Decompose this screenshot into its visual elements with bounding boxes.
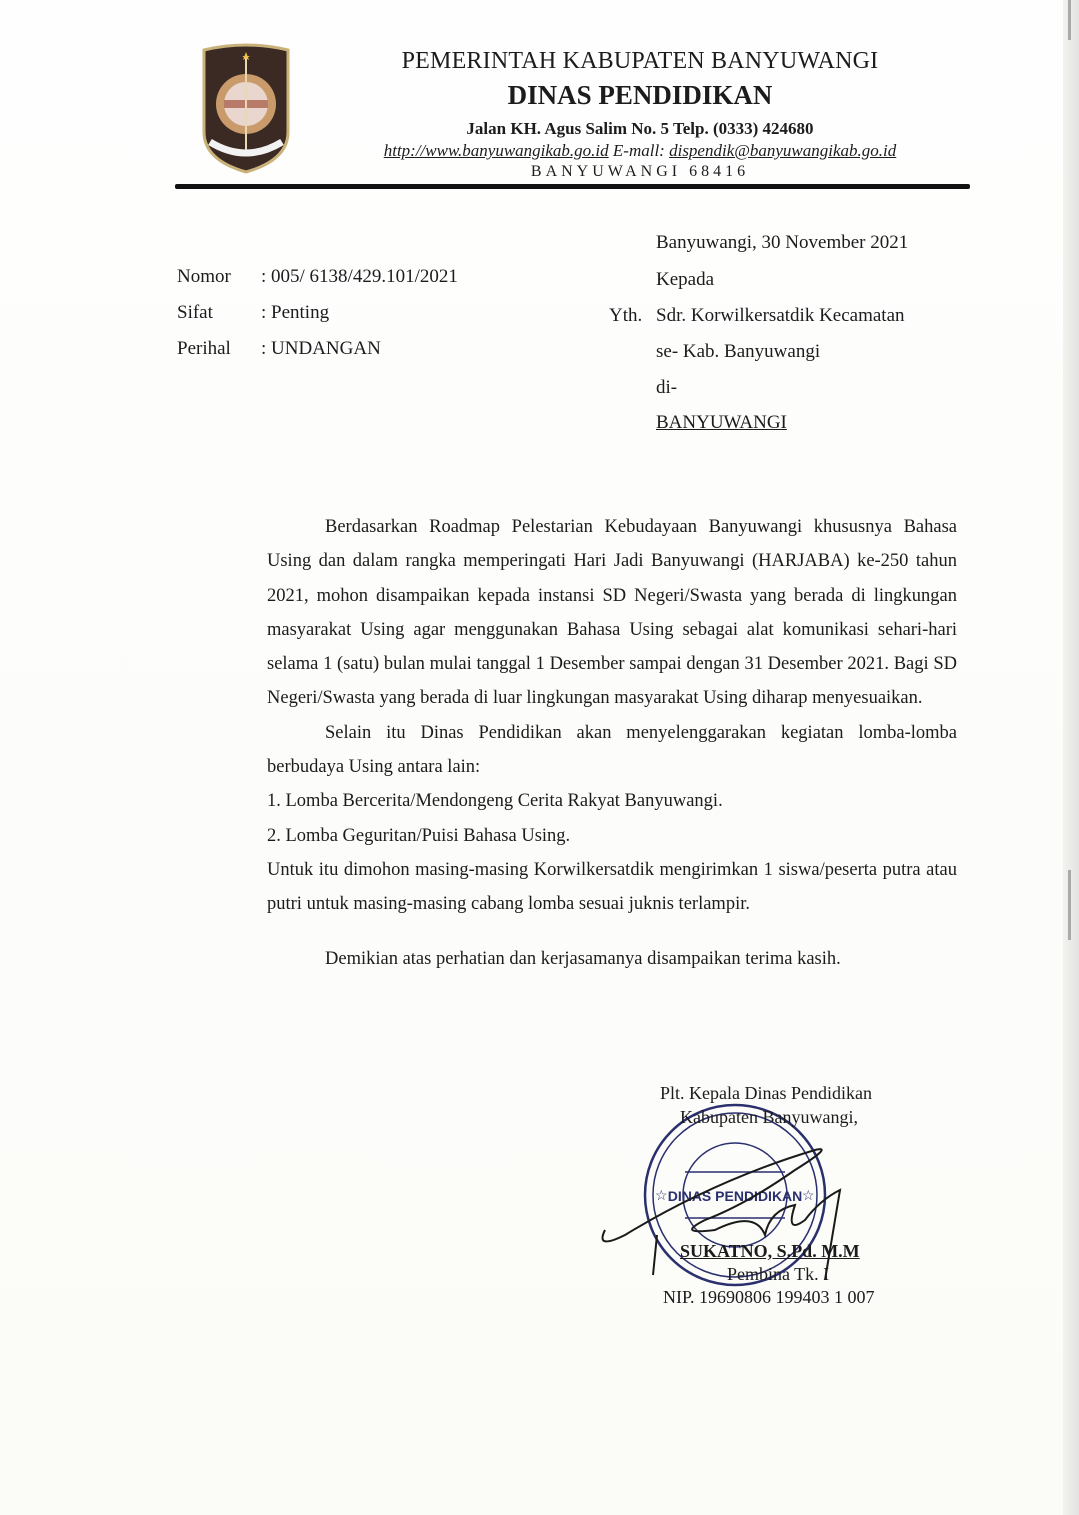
agency-address: Jalan KH. Agus Salim No. 5 Telp. (0333) … — [300, 119, 980, 139]
paragraph-1: Berdasarkan Roadmap Pelestarian Kebudaya… — [267, 510, 957, 716]
email-label: E-mall: — [613, 141, 665, 160]
recipient-line1: Sdr. Korwilkersatdik Kecamatan — [656, 305, 905, 327]
website-link[interactable]: http://www.banyuwangikab.go.id — [384, 141, 609, 160]
sifat-label: Sifat — [177, 302, 261, 324]
place-date: Banyuwangi, 30 November 2021 — [656, 232, 908, 254]
government-name: PEMERINTAH KABUPATEN BANYUWANGI — [300, 48, 980, 75]
nomor-row: Nomor: 005/ 6138/429.101/2021 — [177, 266, 458, 288]
perihal-value: : UNDANGAN — [261, 338, 381, 359]
signatory-name: SUKATNO, S.Pd. M.M — [680, 1241, 860, 1262]
signatory-title-1: Plt. Kepala Dinas Pendidikan — [660, 1083, 872, 1104]
recipient-city: BANYUWANGI — [656, 412, 787, 434]
closing: Demikian atas perhatian dan kerjasamanya… — [267, 942, 957, 976]
letter-body: Berdasarkan Roadmap Pelestarian Kebudaya… — [267, 510, 957, 976]
paragraph-2: Selain itu Dinas Pendidikan akan menyele… — [267, 716, 957, 785]
nomor-label: Nomor — [177, 266, 261, 288]
letterhead-divider — [175, 184, 970, 189]
agency-contacts: http://www.banyuwangikab.go.id E-mall: d… — [300, 141, 980, 161]
kepada: Kepada — [656, 269, 714, 291]
recipient-di: di- — [656, 377, 677, 399]
perihal-row: Perihal: UNDANGAN — [177, 338, 381, 360]
email-link[interactable]: dispendik@banyuwangikab.go.id — [669, 141, 896, 160]
list-item: 2. Lomba Geguritan/Puisi Bahasa Using. — [267, 819, 957, 853]
list-item: 1. Lomba Bercerita/Mendongeng Cerita Rak… — [267, 784, 957, 818]
recipient-line2: se- Kab. Banyuwangi — [656, 341, 820, 363]
regency-crest-icon — [196, 42, 296, 174]
sifat-row: Sifat: Penting — [177, 302, 329, 324]
city-postal: BANYUWANGI 68416 — [300, 163, 980, 181]
agency-name: DINAS PENDIDIKAN — [300, 80, 980, 111]
perihal-label: Perihal — [177, 338, 261, 360]
signatory-nip: NIP. 19690806 199403 1 007 — [663, 1287, 875, 1308]
signatory-title-2: Kabupaten Banyuwangi, — [680, 1107, 858, 1128]
sifat-value: : Penting — [261, 302, 329, 323]
yth: Yth. — [609, 305, 642, 327]
letter-page: PEMERINTAH KABUPATEN BANYUWANGI DINAS PE… — [0, 0, 1079, 1515]
signatory-rank: Pembina Tk. I — [727, 1264, 829, 1285]
paragraph-3: Untuk itu dimohon masing-masing Korwilke… — [267, 853, 957, 922]
scan-edge — [1063, 0, 1079, 1515]
nomor-value: : 005/ 6138/429.101/2021 — [261, 266, 458, 287]
